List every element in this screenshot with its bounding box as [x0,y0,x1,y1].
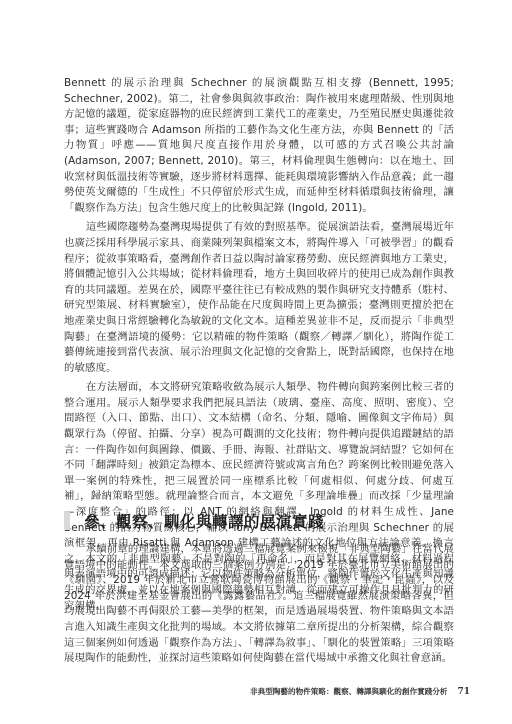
page-number: 71 [457,687,470,697]
body-text-block-2: 承續前章的理論建構，本章將透過三檔展覽案例來檢視「非典型陶藝」在當代展覽語境中的… [64,542,454,667]
section-title: 參、觀察、馴化與轉譯的展演實踐 [84,510,324,532]
document-page: Bennett 的展示治理與 Schechner 的展演觀點互相支撐 (Benn… [0,0,512,724]
paragraph-continued: Bennett 的展示治理與 Schechner 的展演觀點互相支撐 (Benn… [64,76,454,216]
paragraph: 這些國際趨勢為臺灣現場提供了有效的對照基準。從展演語法看，臺灣展場近年也廣泛採用… [64,220,454,376]
section-heading: 參、觀察、馴化與轉譯的展演實踐 [64,510,324,532]
page-footer: 非典型陶藝的物件策略：觀察、轉譯與馴化的創作實踐分析 71 [250,686,470,697]
paragraph: 承續前章的理論建構，本章將透過三檔展覽案例來檢視「非典型陶藝」在當代展覽語境中的… [64,542,454,667]
section-marker-bar [64,512,70,530]
body-text-block-1: Bennett 的展示治理與 Schechner 的展演觀點互相支撐 (Benn… [64,76,454,614]
running-title: 非典型陶藝的物件策略：觀察、轉譯與馴化的創作實踐分析 [250,686,447,697]
